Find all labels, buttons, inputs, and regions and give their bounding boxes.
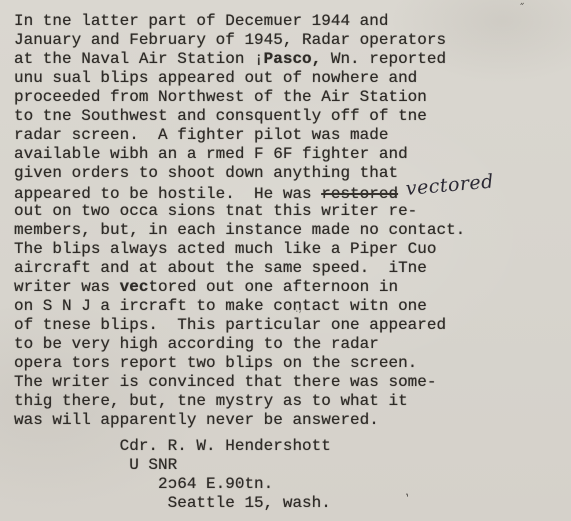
typed-text: on S N J a ircraft to make contact witn … [14,297,427,315]
typed-text: available wibh an a rmed F 6F fighter an… [14,145,408,163]
text-line: available wibh an a rmed F 6F fighter an… [14,145,495,164]
typed-text: proceeded from Northwest of the Air Stat… [14,88,427,106]
text-line: radar screen. A fighter pilot was made [14,126,495,145]
text-line: at the Naval Air Station ¡Pasco, Wn. rep… [14,50,495,69]
typed-text: unu sual blips appeared out of nowhere a… [14,69,417,87]
typed-text: was will apparently never be answered. [14,411,379,429]
typed-text: The writer is convinced that there was s… [14,373,436,391]
text-line: out on two occa sions tnat this writer r… [14,202,495,221]
text-line: proceeded from Northwest of the Air Stat… [14,88,495,107]
signature-line: Cdr. R. W. Hendershott [14,437,331,456]
signature-line: Seattle 15, wash. [14,494,331,513]
ink-speck: ., [295,302,302,315]
text-line: to tne Southwest and consquently off of … [14,107,495,126]
text-line: to be very high according to the radar [14,335,495,354]
typed-text: of tnese blips. This particular one appe… [14,316,446,334]
typed-text: aircraft and at about the same speed. iT… [14,259,427,277]
text-line: of tnese blips. This particular one appe… [14,316,495,335]
text-line: aircraft and at about the same speed. iT… [14,259,495,278]
text-line: writer was vectored out one afternoon in [14,278,495,297]
text-line: was will apparently never be answered. [14,411,495,430]
typed-text: Wn. reported [321,50,446,68]
text-line: on S N J a ircraft to make contact witn … [14,297,495,316]
typed-text: appeared to be hostile. He was [14,185,321,203]
typed-text: In tne latter part of Decemuer 1944 and [14,12,388,30]
typed-text: members, but, in each instance made no c… [14,221,465,239]
text-line: opera tors report two blips on the scree… [14,354,495,373]
typed-text: January and February of 1945, Radar oper… [14,31,446,49]
typed-text: to be very high according to the radar [14,335,379,353]
typed-text: The blips always acted much like a Piper… [14,240,436,258]
overtyped-bold-word: vec [120,278,149,296]
typed-text: radar screen. A fighter pilot was made [14,126,388,144]
typed-text: opera tors report two blips on the scree… [14,354,417,372]
text-line: appeared to be hostile. He was restoredv… [14,183,495,202]
ink-speck: ˝ [519,2,525,15]
text-line: thig there, but, tne mystry as to what i… [14,392,495,411]
letter-text: In tne latter part of Decemuer 1944 andJ… [14,12,495,430]
typed-text: given orders to shoot down anything that [14,164,398,182]
text-line: The writer is convinced that there was s… [14,373,495,392]
signature-line: U SNR [14,456,331,475]
struck-out-word: restored [321,185,398,203]
text-line: In tne latter part of Decemuer 1944 and [14,12,495,31]
signature-block: Cdr. R. W. Hendershott U SNR 2ɔ64 E.90tn… [14,437,331,513]
typed-text: at the Naval Air Station ¡ [14,50,264,68]
text-line: The blips always acted much like a Piper… [14,240,495,259]
typed-text: out on two occa sions tnat this writer r… [14,202,417,220]
text-line: members, but, in each instance made no c… [14,221,495,240]
text-line: unu sual blips appeared out of nowhere a… [14,69,495,88]
text-line: January and February of 1945, Radar oper… [14,31,495,50]
typed-text: thig there, but, tne mystry as to what i… [14,392,408,410]
typed-text: writer was [14,278,120,296]
typed-text: tored out one afternoon in [148,278,398,296]
typed-text: to tne Southwest and consquently off of … [14,107,427,125]
overtyped-bold-word: Pasco, [264,50,322,68]
signature-line: 2ɔ64 E.90tn. [14,475,331,494]
handwritten-correction: vectored [405,172,495,199]
